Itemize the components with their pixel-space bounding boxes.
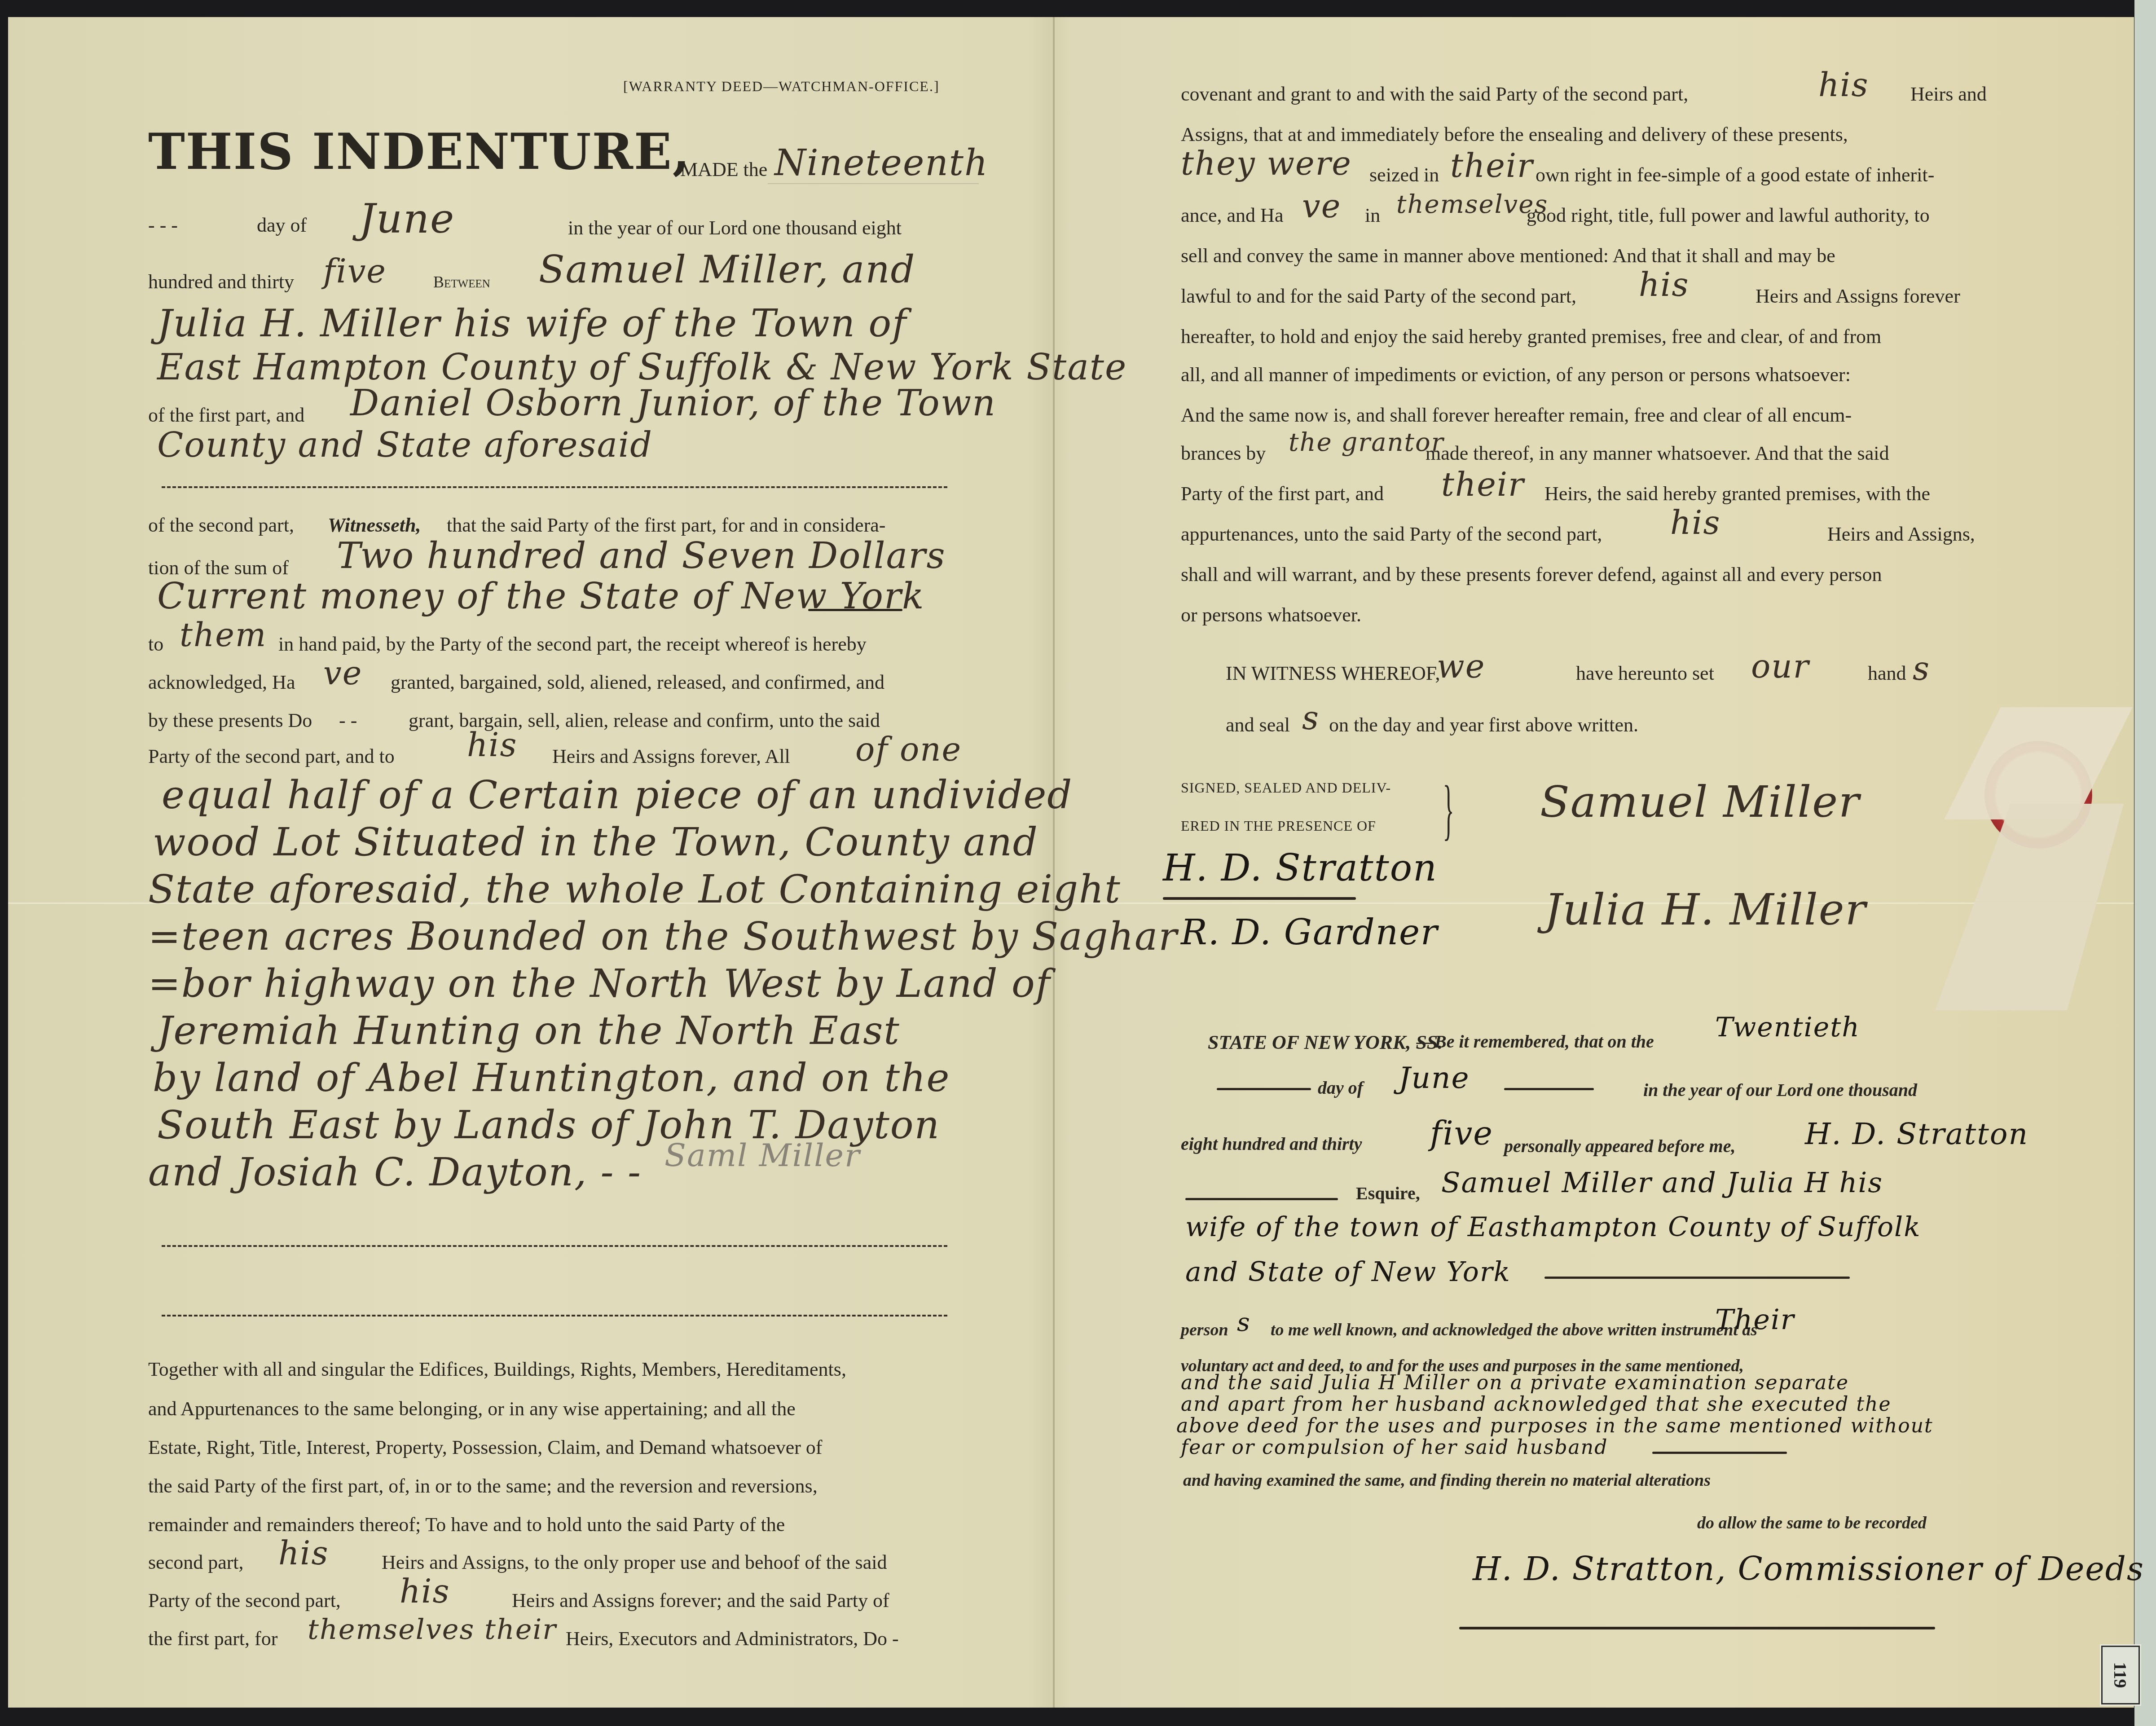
paragraph-line: and Appurtenances to the same belonging,… bbox=[148, 1399, 796, 1419]
paragraph-line: remainder and remainders thereof; To hav… bbox=[148, 1515, 785, 1535]
month-written: June bbox=[359, 199, 455, 239]
signed-label: SIGNED, SEALED AND DELIV- bbox=[1181, 780, 1391, 795]
party-second-text: Party of the second part, and to bbox=[148, 747, 395, 766]
month-written: June bbox=[1399, 1063, 1470, 1093]
blank-dash: - - - bbox=[148, 216, 178, 235]
themselves-written: themselves bbox=[1396, 192, 1548, 217]
commissioner-signature: H. D. Stratton, Commissioner of Deeds &c bbox=[1473, 1553, 2156, 1585]
day-written: Twentieth bbox=[1715, 1014, 1860, 1041]
description-line: State aforesaid, the whole Lot Containin… bbox=[148, 870, 1121, 909]
we-written: we bbox=[1437, 650, 1485, 682]
description-line: =teen acres Bounded on the Southwest by … bbox=[148, 917, 1178, 956]
alterations-text: and having examined the same, and findin… bbox=[1183, 1472, 1711, 1489]
faint-signature: Saml Miller bbox=[664, 1140, 860, 1171]
witnesseth-label: Witnesseth, bbox=[328, 515, 421, 535]
presence-label: ERED IN THE PRESENCE OF bbox=[1181, 819, 1376, 833]
remembered-text: —Be it remembered, that on the bbox=[1417, 1033, 1654, 1051]
year-prefix: hundred and thirty bbox=[148, 272, 294, 292]
their-written: their bbox=[1441, 468, 1524, 501]
premises-text: Heirs, the said hereby granted premises,… bbox=[1544, 484, 1930, 504]
witness-signature: R. D. Gardner bbox=[1181, 915, 1438, 950]
grantor-continued: Julia H. Miller his wife of the Town of bbox=[157, 304, 907, 342]
grantor-signature: Julia H. Miller bbox=[1544, 888, 1866, 931]
paragraph-line: Heirs, Executors and Administrators, Do … bbox=[566, 1629, 899, 1649]
person-text: person bbox=[1181, 1321, 1228, 1339]
brances-text: brances by bbox=[1181, 444, 1266, 463]
granted-text: granted, bargained, sold, aliened, relea… bbox=[391, 673, 884, 692]
witness-signature: H. D. Stratton bbox=[1163, 850, 1438, 887]
officer-name-written: H. D. Stratton bbox=[1805, 1119, 2028, 1149]
recipient-written: them bbox=[180, 619, 267, 651]
heirs-text: Heirs and Assigns forever bbox=[1756, 286, 1960, 306]
day-year-text: on the day and year first above written. bbox=[1329, 715, 1638, 735]
to-label: to bbox=[148, 634, 163, 654]
scan-margin bbox=[2134, 0, 2156, 1726]
private-exam-line: above deed for the uses and purposes in … bbox=[1176, 1416, 1933, 1436]
appearing-parties-written: Samuel Miller and Julia H his bbox=[1441, 1169, 1883, 1197]
heirs-text: Heirs and Assigns, bbox=[1827, 524, 1975, 544]
their-written: Their bbox=[1715, 1306, 1795, 1334]
they-were-written: they were bbox=[1181, 147, 1352, 180]
page-number-tab: 119 bbox=[2101, 1646, 2140, 1704]
our-written: our bbox=[1751, 650, 1809, 682]
ance-text: ance, and Ha bbox=[1181, 206, 1283, 225]
paragraph-line: second part, bbox=[148, 1553, 244, 1572]
esquire-label: Esquire, bbox=[1356, 1184, 1420, 1202]
grantor-names: Samuel Miller, and bbox=[539, 251, 915, 288]
whatsoever-text: made thereof, in any manner whatsoever. … bbox=[1426, 444, 1889, 463]
description-line: equal half of a Certain piece of an undi… bbox=[162, 776, 1073, 815]
grantee-residence: County and State aforesaid bbox=[157, 428, 653, 462]
in-text: in bbox=[1365, 206, 1380, 225]
between-label: Between bbox=[433, 274, 490, 290]
covenant-text: covenant and grant to and with the said … bbox=[1181, 84, 1688, 104]
party-first-text: Party of the first part, and bbox=[1181, 484, 1384, 504]
paragraph-line: Party of the second part, bbox=[148, 1591, 341, 1611]
year-text: in the year of our Lord one thousand eig… bbox=[568, 218, 902, 238]
warrant-text: shall and will warrant, and by these pre… bbox=[1181, 565, 1882, 585]
seal-text: and seal bbox=[1226, 715, 1290, 735]
his-written: his bbox=[467, 729, 517, 761]
description-line: and Josiah C. Dayton, - - bbox=[148, 1153, 642, 1192]
paragraph-line: the first part, for bbox=[148, 1629, 277, 1649]
grantor-residence: East Hampton County of Suffolk & New Yor… bbox=[157, 349, 1127, 385]
have-suffix: ve bbox=[323, 657, 362, 689]
paragraph-line: Heirs and Assigns forever; and the said … bbox=[512, 1591, 889, 1611]
brace: } bbox=[1443, 776, 1454, 843]
grantor-written: the grantor bbox=[1289, 430, 1444, 455]
hand-text: hand bbox=[1868, 664, 1906, 683]
appeared-text: personally appeared before me, bbox=[1504, 1137, 1735, 1155]
hereafter-text: hereafter, to hold and enjoy the said he… bbox=[1181, 327, 1881, 347]
presents-text: by these presents Do bbox=[148, 711, 312, 731]
residence-written: wife of the town of Easthampton County o… bbox=[1185, 1214, 1921, 1241]
heirs-text: Heirs and Assigns forever, All bbox=[552, 747, 790, 766]
grantor-signature: Samuel Miller bbox=[1540, 780, 1860, 823]
grantee-name: Daniel Osborn Junior, of the Town bbox=[350, 385, 996, 421]
plural-s-written: s bbox=[1913, 652, 1930, 685]
center-fold bbox=[1053, 17, 1055, 1708]
day-of-label: day of bbox=[1318, 1079, 1363, 1097]
fee-simple-text: own right in fee-simple of a good estate… bbox=[1536, 165, 1934, 185]
right-title-text: good right, title, full power and lawful… bbox=[1527, 206, 1930, 225]
hereunto-text: have hereunto set bbox=[1576, 664, 1714, 683]
description-line: Jeremiah Hunting on the North East bbox=[157, 1012, 900, 1050]
description-line: wood Lot Situated in the Town, County an… bbox=[153, 823, 1038, 862]
private-exam-line: and the said Julia H Miller on a private… bbox=[1181, 1373, 1849, 1393]
seized-text: seized in bbox=[1369, 165, 1439, 185]
plural-s-written: s bbox=[1237, 1310, 1251, 1335]
appurtenances-text: appurtenances, unto the said Party of th… bbox=[1181, 524, 1602, 544]
his-written: his bbox=[400, 1575, 450, 1607]
his-written: his bbox=[278, 1537, 329, 1569]
year-text: eight hundred and thirty bbox=[1181, 1135, 1362, 1153]
day-written: Nineteenth bbox=[774, 145, 988, 181]
made-the-label: MADE the bbox=[680, 160, 767, 180]
paragraph-line: Together with all and singular the Edifi… bbox=[148, 1360, 846, 1379]
year-written: five bbox=[1430, 1117, 1493, 1149]
day-of-label: day of bbox=[257, 216, 307, 235]
state-label: STATE OF NEW YORK, SS. bbox=[1208, 1033, 1443, 1052]
his-written: his bbox=[1818, 69, 1869, 101]
acknowledged-text: acknowledged, Ha bbox=[148, 673, 295, 692]
impediments-text: all, and all manner of impediments or ev… bbox=[1181, 365, 1851, 385]
convey-text: sell and convey the same in manner above… bbox=[1181, 246, 1835, 266]
private-exam-line: fear or compulsion of her said husband bbox=[1181, 1438, 1608, 1457]
second-part-label: of the second part, bbox=[148, 515, 294, 535]
whatsoever-text: or persons whatsoever. bbox=[1181, 605, 1361, 625]
year-written: five bbox=[323, 255, 387, 287]
state-written: and State of New York bbox=[1185, 1259, 1511, 1286]
well-known-text: to me well known, and acknowledged the a… bbox=[1271, 1321, 1757, 1339]
themselves-written: themselves their bbox=[308, 1616, 557, 1643]
blank-dash: - - bbox=[339, 711, 357, 731]
paragraph-line: Heirs and Assigns, to the only proper us… bbox=[382, 1553, 887, 1572]
document-title: THIS INDENTURE, bbox=[148, 127, 691, 176]
form-header-tag: [WARRANTY DEED—WATCHMAN-OFFICE.] bbox=[623, 79, 940, 93]
sum-written: Two hundred and Seven Dollars bbox=[337, 538, 946, 574]
page-number: 119 bbox=[2110, 1662, 2131, 1688]
private-exam-line: and apart from her husband acknowledged … bbox=[1181, 1395, 1891, 1414]
assigns-text: Assigns, that at and immediately before … bbox=[1181, 125, 1848, 145]
year-text: in the year of our Lord one thousand bbox=[1643, 1081, 1917, 1099]
receipt-text: in hand paid, by the Party of the second… bbox=[278, 634, 867, 654]
his-written: his bbox=[1639, 269, 1689, 301]
description-line: =bor highway on the North West by Land o… bbox=[148, 964, 1051, 1003]
plural-s-written: s bbox=[1302, 702, 1320, 734]
lawful-text: lawful to and for the said Party of the … bbox=[1181, 286, 1576, 306]
heirs-text: Heirs and bbox=[1910, 84, 1987, 104]
first-part-label: of the first part, and bbox=[148, 405, 304, 425]
description-line: by land of Abel Huntington, and on the bbox=[153, 1059, 950, 1097]
recorded-text: do allow the same to be recorded bbox=[1697, 1515, 1927, 1532]
their-written: their bbox=[1450, 150, 1533, 182]
paragraph-line: Estate, Right, Title, Interest, Property… bbox=[148, 1438, 823, 1457]
consideration-text: that the said Party of the first part, f… bbox=[447, 515, 885, 535]
his-written: his bbox=[1670, 506, 1720, 539]
of-one-written: of one bbox=[855, 733, 962, 766]
have-suffix: ve bbox=[1302, 190, 1341, 222]
encumbrance-text: And the same now is, and shall forever h… bbox=[1181, 405, 1852, 425]
in-witness-label: IN WITNESS WHEREOF, bbox=[1226, 664, 1440, 683]
paragraph-line: the said Party of the first part, of, in… bbox=[148, 1476, 818, 1496]
